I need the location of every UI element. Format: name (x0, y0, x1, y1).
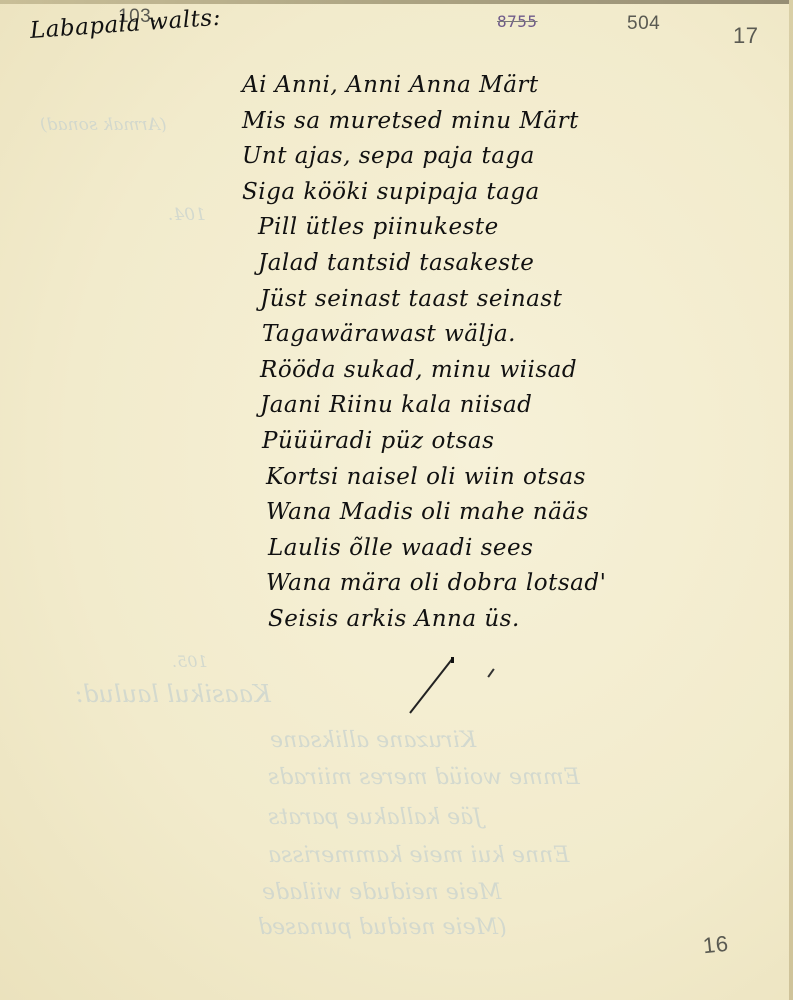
bleed-through-line: (Meie neidud punased (258, 915, 507, 940)
bleed-through-heading-105: Kaasikul laulud: (75, 680, 271, 708)
end-mark-dot (451, 657, 454, 663)
verse-line: Siga kööki supipaja taga (242, 175, 582, 211)
verse-line: Tagawärawast wälja. (262, 317, 602, 353)
bleed-through-line: Enne kui meie kammerissa (268, 843, 569, 868)
bleed-through-item-104: 104. (168, 205, 206, 225)
page-number-bottom: 16 (702, 931, 730, 960)
end-mark-tick (487, 668, 494, 677)
verse-line: Jaani Riinu kala niisad (260, 388, 600, 424)
verse-line: Pill ütles piinukeste (258, 210, 598, 246)
verse-line: Wana Madis oli mahe nääs (266, 495, 606, 531)
bleed-through-margin-note: (Armak sonad) (40, 115, 167, 135)
page-number-top: 17 (733, 23, 758, 49)
verse-line: Mis sa muretsed minu Märt (242, 104, 582, 140)
struck-archive-number: 8755 (497, 12, 538, 31)
verse-line: Jalad tantsid tasakeste (258, 246, 598, 282)
paper-top-edge (0, 0, 793, 4)
manuscript-page: (Armak sonad) 104. 105. Kaasikul laulud:… (0, 0, 793, 1000)
song-title: Labapala walts: (29, 5, 222, 44)
bleed-through-line: Emme woiüd meres miirads (268, 765, 580, 790)
bleed-through-item-105: 105. (172, 652, 208, 671)
song-verse: Ai Anni, Anni Anna Märt Mis sa muretsed … (242, 68, 582, 638)
archive-number: 504 (627, 13, 660, 35)
verse-line: Rööda sukad, minu wiisad (260, 353, 600, 389)
bleed-through-line: Kiruzane alliksane (270, 728, 476, 753)
verse-line: Unt ajas, sepa paja taga (242, 139, 582, 175)
verse-line: Kortsi naisel oli wiin otsas (266, 460, 606, 496)
bleed-through-line: Jäe kallakue parats (268, 805, 482, 830)
paper-right-edge (789, 0, 793, 1000)
end-mark-stroke (409, 657, 454, 713)
verse-line: Seisis arkis Anna üs. (268, 602, 608, 638)
bleed-through-line: Meie neidude wiilade (262, 880, 501, 905)
verse-line: Jüst seinast taast seinast (260, 282, 600, 318)
verse-line: Püüüradi püz otsas (262, 424, 602, 460)
verse-line: Wana mära oli dobra lotsad' (266, 566, 606, 602)
verse-line: Ai Anni, Anni Anna Märt (242, 68, 582, 104)
verse-line: Laulis õlle waadi sees (268, 531, 608, 567)
